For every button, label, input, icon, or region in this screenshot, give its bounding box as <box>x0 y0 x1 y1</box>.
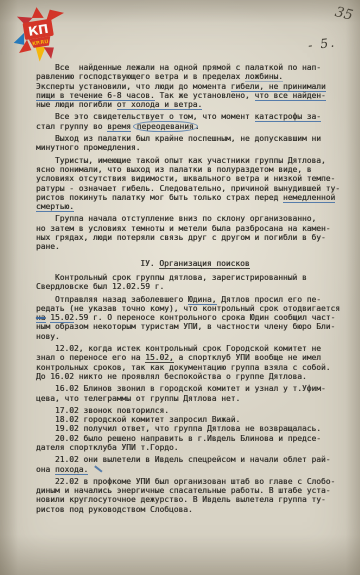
text-run: а спортклуб УПИ вообще не имел <box>174 353 321 362</box>
document-line: 16.02 Блинов звонил в городской комитет … <box>36 384 354 393</box>
pen-underlined-text: от холода и ветра. <box>117 100 203 110</box>
text-run: ристов под руководством Слобцова. <box>36 505 193 514</box>
document-line: Группа начала отступление вниз по склону… <box>36 214 354 223</box>
text-run: Свердловске был 12.02.59 г. <box>36 282 164 291</box>
text-run: ристов покинуть палатку мог быть только … <box>36 193 283 202</box>
document-line: нову. <box>36 332 354 341</box>
document-line: IУ. Организация поисков <box>36 259 354 268</box>
pen-underlined-text: похода. <box>55 465 88 475</box>
text-run: знал о переносе его на <box>36 353 145 362</box>
text-run: Дятлов просил его пе- <box>217 295 322 304</box>
text-run: цева, что телеграммы от группы Дятлова н… <box>36 394 240 403</box>
pen-underlined-text: смертью. <box>36 202 74 212</box>
document-line: 18.02 городской комитет запросил Вижай. <box>36 415 354 424</box>
text-run: равлению господствующего ветра и в преде… <box>36 72 245 81</box>
document-line: Отправляя назад заболевшего Юдина, Дятло… <box>36 295 354 304</box>
document-line: редать (не указав точно кому), что контр… <box>36 304 354 313</box>
text-run: она <box>36 465 55 474</box>
text-run: 12.02, когда истек контрольный срок Горо… <box>55 344 321 353</box>
text-run: . <box>195 122 200 131</box>
text-run: минутного промедления. <box>36 143 141 152</box>
document-line: Выход из палатки был крайне поспешным, н… <box>36 134 354 143</box>
document-line: ране. <box>36 242 354 251</box>
paragraph: Выход из палатки был крайне поспешным, н… <box>36 134 354 153</box>
page-number: - 5. <box>307 34 337 52</box>
sheet-number-handwritten: 35 <box>334 4 355 24</box>
document-line: 21.02 они вылетели в Ивдель спецрейсом и… <box>36 455 354 464</box>
pen-underlined-text: немедленной <box>283 193 335 203</box>
text-run: редать (не указав точно кому), что контр… <box>36 304 340 313</box>
document-line: Эксперты установили, что люди до момента… <box>36 82 354 91</box>
text-run: 20.02 было решено направить в г.Ивдель Б… <box>55 434 321 443</box>
text-run: 22.02 в профкоме УПИ был организован шта… <box>55 477 335 486</box>
kp-logo-icon: КП KP.RU <box>7 1 74 69</box>
section-heading: IУ. Организация поисков <box>36 259 354 268</box>
text-run: Так же установлено, <box>155 91 255 100</box>
document-line: 20.02 было решено направить в г.Ивдель Б… <box>36 434 354 443</box>
document-body: Все найденные лежали на одной прямой с п… <box>36 63 354 514</box>
text-run: нову. <box>36 332 60 341</box>
document-line: Все это свидетельствует о том, что момен… <box>36 112 354 121</box>
text-run: Выход из палатки был крайне поспешным, н… <box>55 134 321 143</box>
pen-underlined-text: что все найден- <box>255 91 326 101</box>
paragraph: 18.02 городской комитет запросил Вижай. <box>36 415 354 424</box>
text-run: Группа начала отступление вниз по склону… <box>55 214 316 223</box>
text-run: ратуры - означает гибель. Следовательно,… <box>36 184 340 193</box>
text-run: До 16.02 никто не проявлял беспокойства … <box>36 372 307 381</box>
document-line: ясно понимали, что выход из палатки в по… <box>36 165 354 174</box>
paragraph: 21.02 они вылетели в Ивдель спецрейсом и… <box>36 455 354 474</box>
document-line: но затем в условиях темноты и метели был… <box>36 224 354 233</box>
paragraph: 22.02 в профкоме УПИ был организован шта… <box>36 477 354 514</box>
text-run: ные люди погибли <box>36 100 117 109</box>
text-run: условиях отсутствия видимости, шквальног… <box>36 174 335 183</box>
document-line: Контрольный срок группы дятлова, зарегис… <box>36 273 354 282</box>
document-line: диным и начались энергичные спасательные… <box>36 486 354 495</box>
paragraph: Все найденные лежали на одной прямой с п… <box>36 63 354 109</box>
text-run: 18.02 городской комитет запросил Вижай. <box>55 415 240 424</box>
pen-tick-mark <box>95 466 103 473</box>
text-run: но затем в условиях темноты и метели был… <box>36 224 331 233</box>
text-run: IУ. <box>140 259 159 268</box>
document-line: она похода. <box>36 465 354 474</box>
document-line: цева, что телеграммы от группы Дятлова н… <box>36 394 354 403</box>
document-line: знал о переносе его на 15.02, а спортклу… <box>36 353 354 362</box>
document-line: ристов под руководством Слобцова. <box>36 505 354 514</box>
text-run: новили круглосуточное дежурство. В Ивдел… <box>36 495 326 504</box>
logo-ru-text: KP.RU <box>32 39 49 47</box>
paragraph: 20.02 было решено направить в г.Ивдель Б… <box>36 434 354 453</box>
logo-tail-red <box>44 46 56 60</box>
document-line: новили круглосуточное дежурство. В Ивдел… <box>36 495 354 504</box>
document-line: ратуры - означает гибель. Следовательно,… <box>36 184 354 193</box>
document-line: смертью. <box>36 202 354 211</box>
text-run: 17.02 звонок повторился. <box>55 406 169 415</box>
text-run: ным образом некоторым туристам УПИ, в ча… <box>36 322 335 331</box>
text-run: контрольных сроков, так как документацию… <box>36 363 331 372</box>
paragraph: Группа начала отступление вниз по склону… <box>36 214 354 251</box>
logo-ray-blue <box>12 33 25 46</box>
text-run: Все найденные лежали на одной прямой с п… <box>55 63 321 72</box>
document-line: ных грядах, люди потеряли связь друг с д… <box>36 233 354 242</box>
paragraph: Все это свидетельствует о том, что момен… <box>36 112 354 131</box>
text-run: 19.02 получил ответ, что группа Дятлова … <box>55 424 321 433</box>
document-line: 17.02 звонок повторился. <box>36 406 354 415</box>
text-run: Эксперты установили, что люди до момента <box>36 82 231 91</box>
text-run: ясно понимали, что выход из палатки в по… <box>36 165 312 174</box>
document-line: Туристы, имеющие такой опыт как участник… <box>36 156 354 165</box>
document-line: 12.02, когда истек контрольный срок Горо… <box>36 344 354 353</box>
paragraph: Отправляя назад заболевшего Юдина, Дятло… <box>36 295 354 341</box>
text-run: .59 г. О переносе контрольного срока Юди… <box>74 313 335 322</box>
text-run: ных грядах, люди потеряли связь друг с д… <box>36 233 326 242</box>
pen-circled-text: переодевания <box>133 121 198 132</box>
document-line: 19.02 получил ответ, что группа Дятлова … <box>36 424 354 433</box>
pen-underlined-text: ложбины. <box>245 72 283 82</box>
document-line: условиях отсутствия видимости, шквальног… <box>36 174 354 183</box>
paragraph: Туристы, имеющие такой опыт как участник… <box>36 156 354 212</box>
document-line: равлению господствующего ветра и в преде… <box>36 72 354 81</box>
text-run: 21.02 они вылетели в Ивдель спецрейсом и… <box>55 455 331 464</box>
document-line: контрольных сроков, так как документацию… <box>36 363 354 372</box>
document-line: До 16.02 никто не проявлял беспокойства … <box>36 372 354 381</box>
document-line: ным образом некоторым туристам УПИ, в ча… <box>36 322 354 331</box>
document-line: Свердловске был 12.02.59 г. <box>36 282 354 291</box>
text-run: Отправляя назад заболевшего <box>55 295 188 304</box>
paragraph: 17.02 звонок повторился. <box>36 406 354 415</box>
document-line: пищи в течение 6-8 часов. Так же установ… <box>36 91 354 100</box>
text-run: 16.02 Блинов звонил в городской комитет … <box>55 384 326 393</box>
pen-underlined-text: катастрофы за- <box>255 112 322 122</box>
document-line: дателя спортклуба УПИ т.Гордо. <box>36 443 354 452</box>
document-line: минутного промедления. <box>36 143 354 152</box>
text-run: ране. <box>36 242 60 251</box>
document-line: Все найденные лежали на одной прямой с п… <box>36 63 354 72</box>
paragraph: 16.02 Блинов звонил в городской комитет … <box>36 384 354 403</box>
text-run: дателя спортклуба УПИ т.Гордо. <box>36 443 179 452</box>
paragraph: Контрольный срок группы дятлова, зарегис… <box>36 273 354 292</box>
text-run: Контрольный срок группы дятлова, зарегис… <box>55 273 307 282</box>
document-line: ристов покинуть палатку мог быть только … <box>36 193 354 202</box>
text-run: Туристы, имеющие такой опыт как участник… <box>55 156 326 165</box>
paragraph: 19.02 получил ответ, что группа Дятлова … <box>36 424 354 433</box>
text-run: диным и начались энергичные спасательные… <box>36 486 331 495</box>
pen-underlined-text: время <box>107 122 131 132</box>
document-line: 22.02 в профкоме УПИ был организован шта… <box>36 477 354 486</box>
paragraph: 12.02, когда истек контрольный срок Горо… <box>36 344 354 381</box>
document-line: ные люди погибли от холода и ветра. <box>36 100 354 109</box>
document-line: стал группу во время переодевания. <box>36 122 354 131</box>
logo-ray-top <box>30 6 43 19</box>
text-run: стал группу во <box>36 122 107 131</box>
scanned-document-page: КП KP.RU 35 - 5. Все найденные лежали на… <box>0 0 360 575</box>
typed-underline-text: Организация поисков <box>159 259 249 269</box>
